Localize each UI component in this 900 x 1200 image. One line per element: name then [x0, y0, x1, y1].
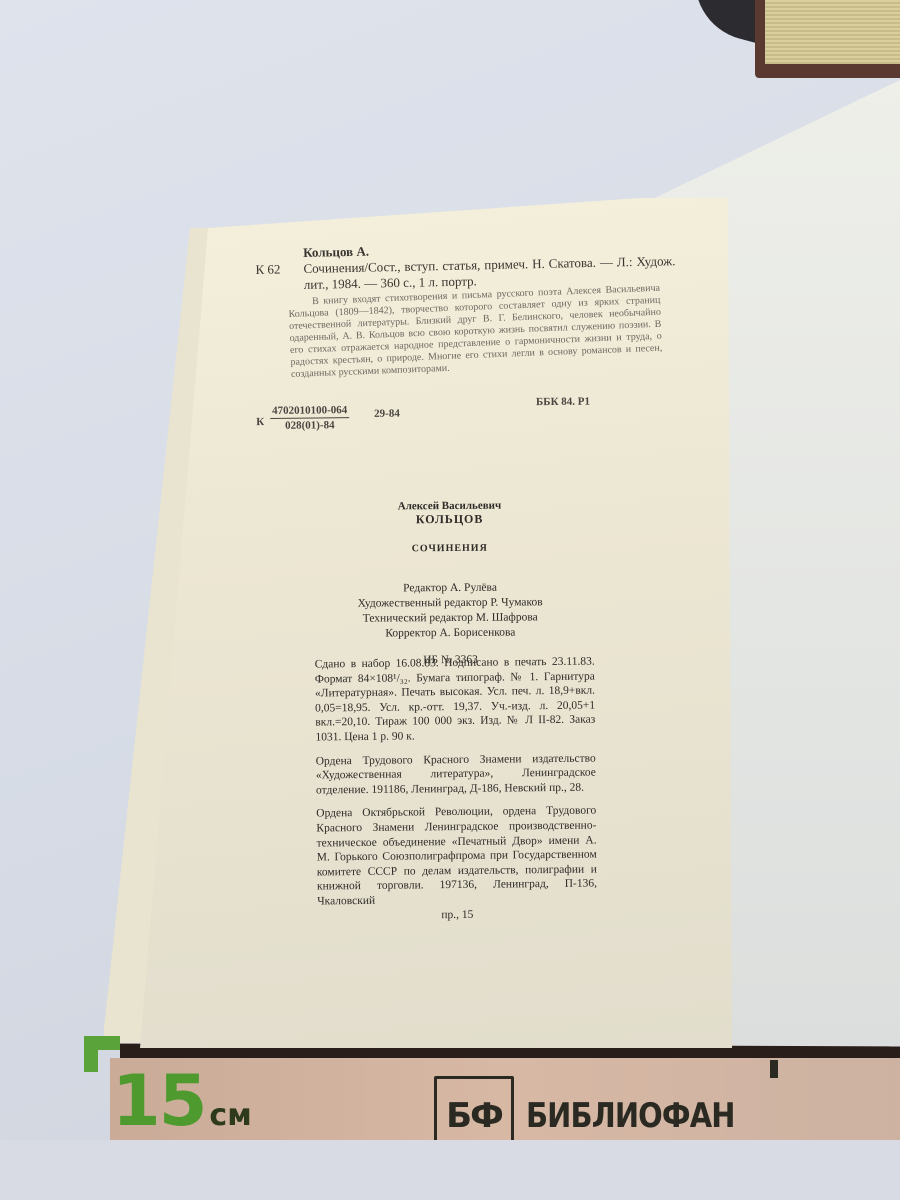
table-surface — [0, 1140, 900, 1200]
annotation: В книгу входят стихотворения и письма ру… — [288, 283, 663, 381]
catalog-denominator: 028(01)-84 — [270, 418, 349, 433]
print-data: Сдано в набор 16.08.83. Подписано в печа… — [315, 655, 596, 745]
credits: Редактор А. Рулёва Художественный редакт… — [310, 580, 590, 642]
credit-proofreader: Корректор А. Борисенкова — [310, 625, 590, 642]
catalog-fraction: 4702010100-064 028(01)-84 — [270, 403, 349, 433]
publication-details: Сдано в набор 16.08.83. Подписано в печа… — [315, 655, 598, 924]
work-title: СОЧИНЕНИЯ — [310, 542, 590, 555]
ruler-tick-top — [84, 1036, 120, 1050]
other-book-pages — [765, 0, 900, 64]
catalog-numerator: 4702010100-064 — [270, 403, 349, 419]
library-code: К 62 — [255, 261, 280, 278]
ruler-value: 15 — [112, 1060, 205, 1142]
brand-name: БИБЛИОФАН — [526, 1096, 735, 1136]
publisher-info: Ордена Трудового Красного Знамени издате… — [316, 751, 596, 798]
catalog-letter: К — [256, 415, 264, 429]
catalog-suffix: 29-84 — [374, 407, 400, 421]
logo-text: БФ — [446, 1096, 502, 1136]
printer-info: Ордена Октябрьской Революции, ордена Тру… — [316, 804, 597, 909]
bbk-code: ББК 84. Р1 — [536, 395, 590, 410]
printer-info-last-line: пр., 15 — [317, 906, 597, 924]
other-book — [755, 0, 900, 78]
ruler-label: 15см — [112, 1060, 252, 1142]
title-block: Алексей Васильевич КОЛЬЦОВ СОЧИНЕНИЯ Ред… — [309, 499, 590, 667]
ruler-unit: см — [209, 1098, 251, 1133]
author-surname: КОЛЬЦОВ — [310, 511, 590, 528]
